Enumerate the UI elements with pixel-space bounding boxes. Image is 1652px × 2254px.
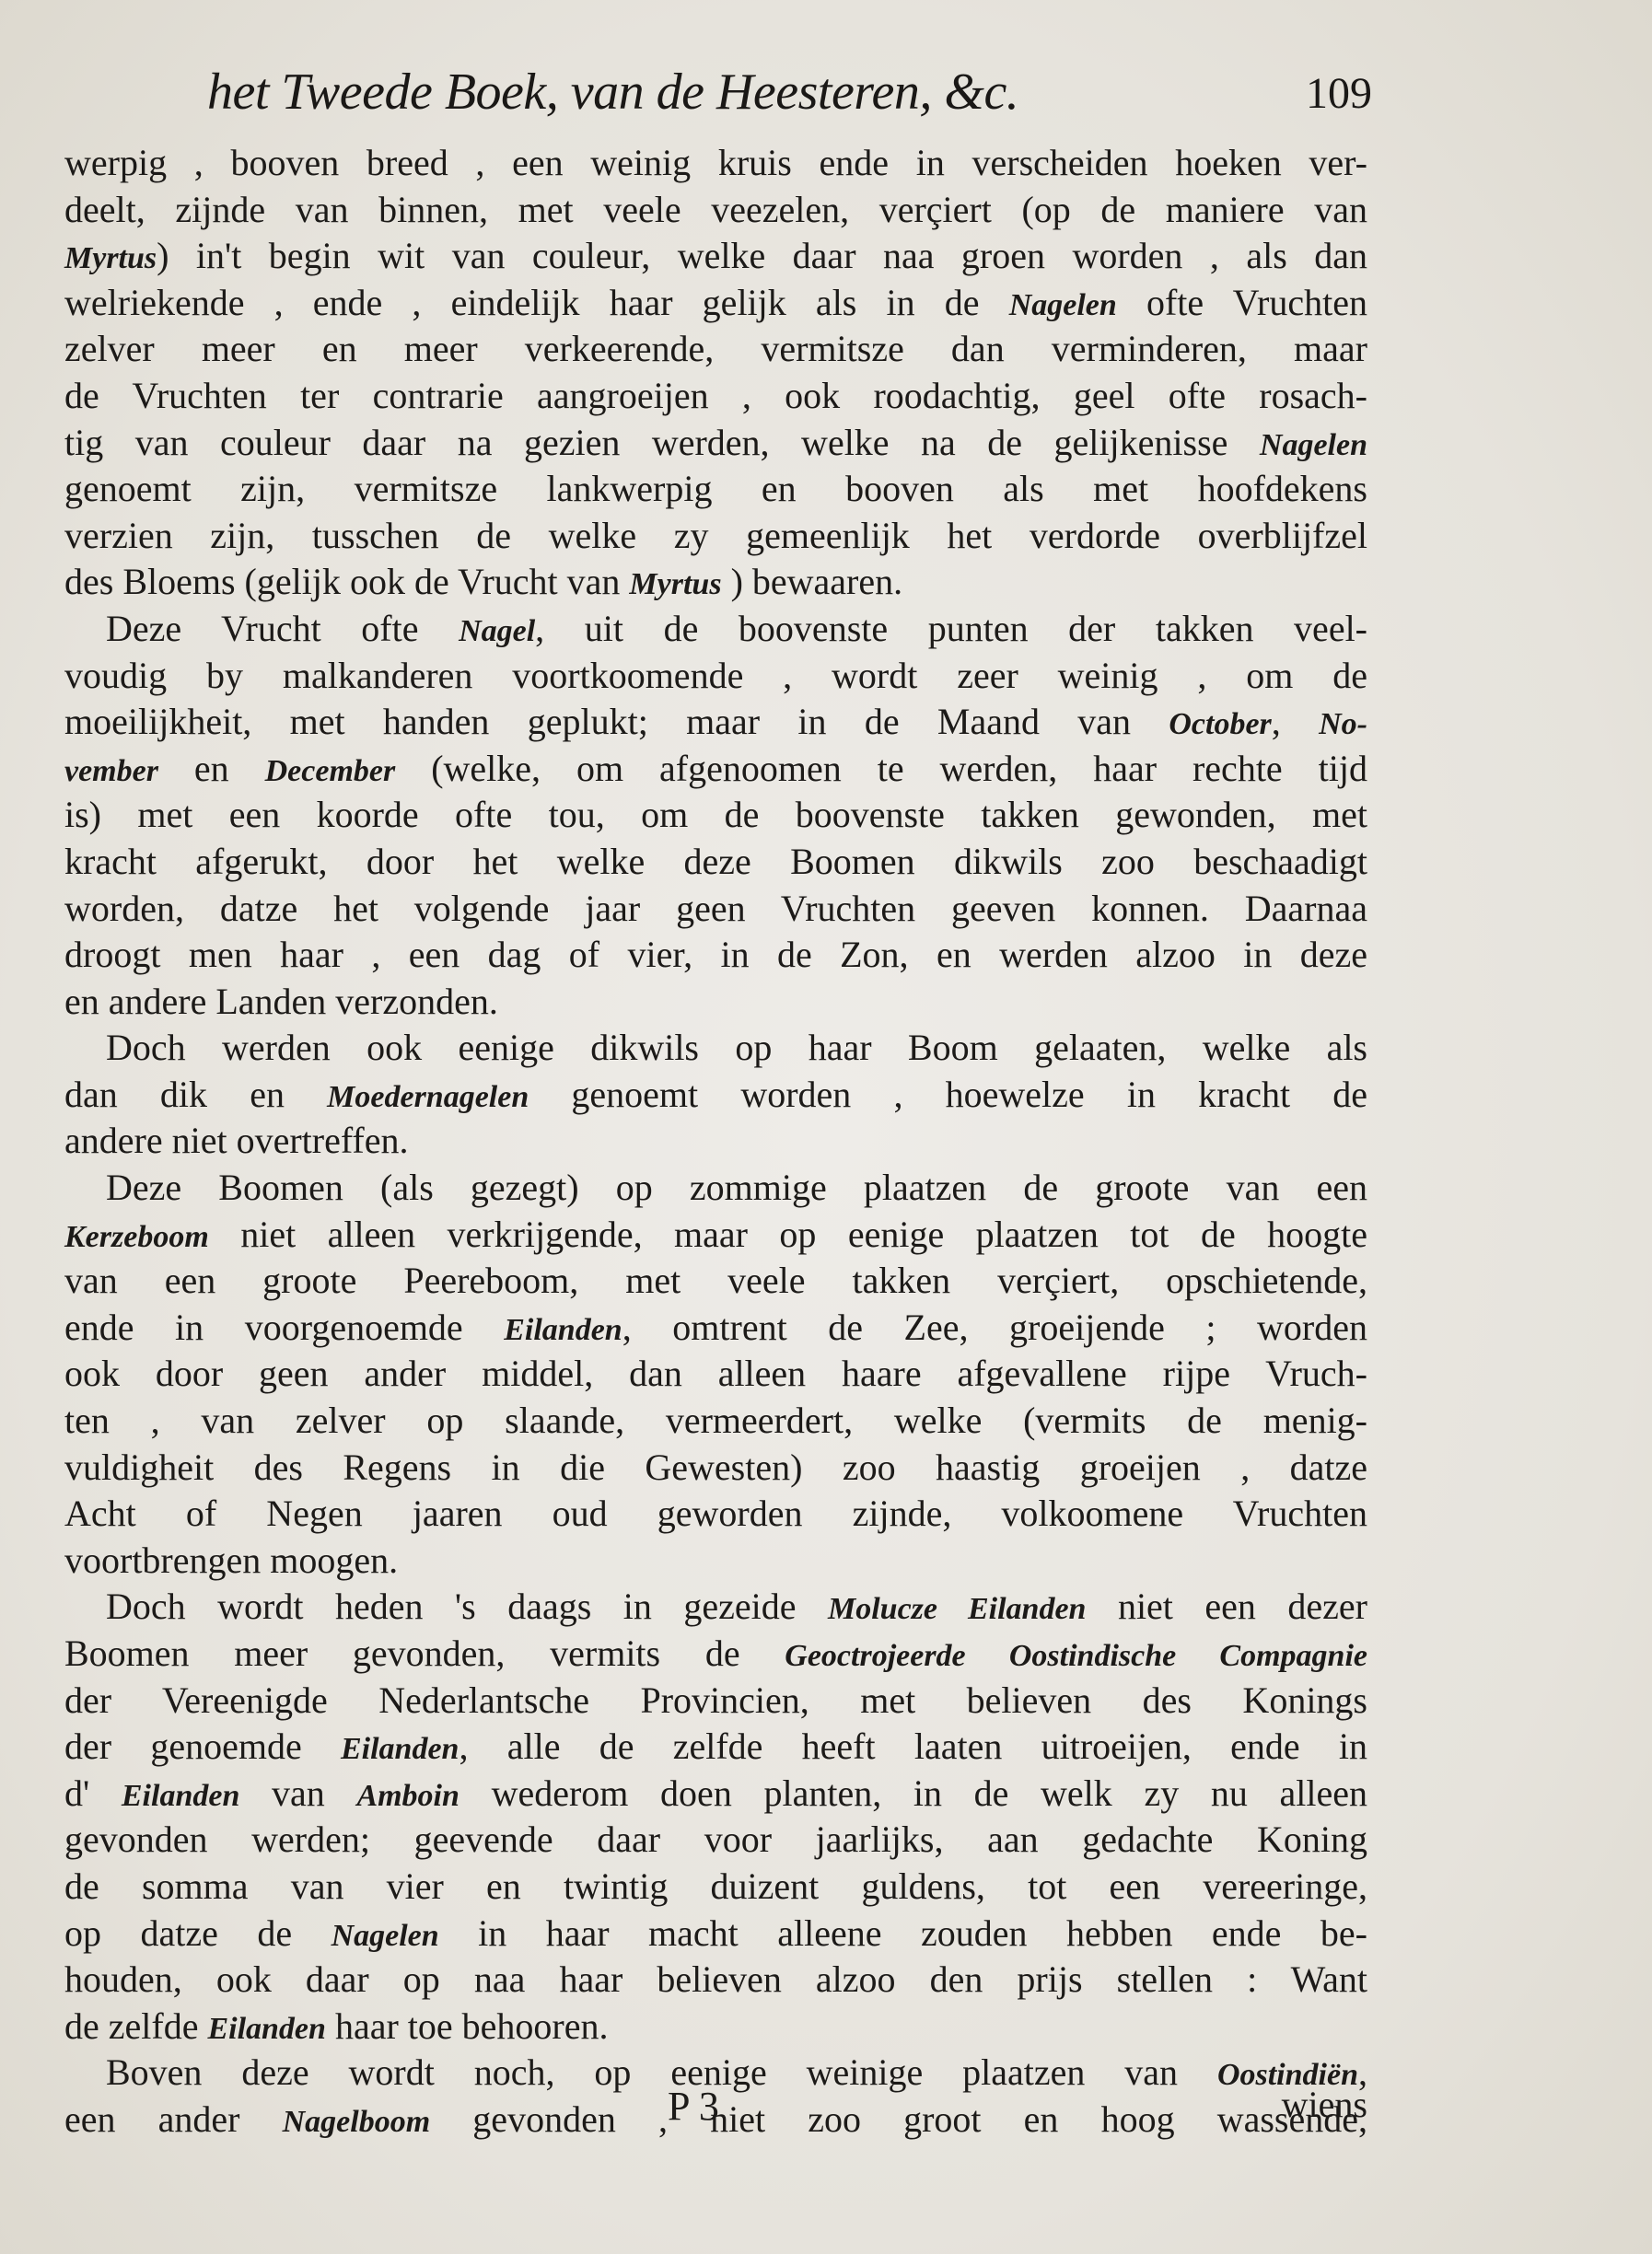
text-line: voortbrengen moogen. [64,1538,1367,1585]
text-line: ten , van zelver op slaande, vermeerdert… [64,1398,1367,1445]
italic-term: Eilanden [504,1313,622,1347]
text-run: wederom doen planten, in de welk zy nu a… [460,1772,1367,1814]
italic-term: Eilanden [341,1732,459,1766]
text-line: vember en December (welke, om afgenoomen… [64,746,1367,793]
text-line: der genoemde Eilanden, alle de zelfde he… [64,1724,1367,1771]
text-line: gevonden werden; geevende daar voor jaar… [64,1817,1367,1864]
text-line: de Vruchten ter contrarie aangroeijen , … [64,373,1367,420]
text-run: werpig , booven breed , een weinig kruis… [64,142,1367,183]
text-line: zelver meer en meer verkeerende, vermits… [64,326,1367,373]
text-run: Boomen meer gevonden, vermits de [64,1632,785,1674]
italic-term: Eilanden [207,2012,325,2046]
text-line: de zelfde Eilanden haar toe behooren. [64,2004,1367,2051]
italic-term: December [265,754,396,788]
text-line: Doch werden ook eenige dikwils op haar B… [64,1025,1367,1072]
text-line: welriekende , ende , eindelijk haar geli… [64,280,1367,327]
text-run: , [1272,701,1319,742]
text-line: voudig by malkanderen voortkoomende , wo… [64,653,1367,700]
text-line: der Vereenigde Nederlantsche Provincien,… [64,1678,1367,1725]
text-run: de Vruchten ter contrarie aangroeijen , … [64,375,1367,416]
italic-term: Nagel [459,614,535,648]
italic-term: Geoctrojeerde Oostindische Compagnie [785,1639,1367,1673]
text-run: ofte Vruchten [1117,282,1367,323]
text-run: tig van couleur daar na gezien werden, w… [64,422,1260,463]
text-line: Deze Boomen (als gezegt) op zommige plaa… [64,1165,1367,1212]
text-run: Deze Vrucht ofte [106,608,459,649]
text-line: tig van couleur daar na gezien werden, w… [64,420,1367,467]
text-run: der genoemde [64,1725,341,1767]
italic-term: No- [1319,707,1367,741]
text-run: andere niet overtreffen. [64,1120,409,1161]
text-line: verzien zijn, tusschen de welke zy gemee… [64,513,1367,560]
text-run: in haar macht alleene zouden hebben ende… [439,1912,1367,1954]
text-run: Acht of Negen jaaren oud geworden zijnde… [64,1493,1367,1534]
catchword: wiens [1282,2083,1367,2126]
text-line: en andere Landen verzonden. [64,979,1367,1026]
text-run: gevonden werden; geevende daar voor jaar… [64,1818,1367,1860]
italic-term: Eilanden [122,1779,239,1813]
text-run: (welke, om afgenoomen te werden, haar re… [395,748,1367,789]
text-line: is) met een koorde ofte tou, om de boove… [64,792,1367,839]
text-run: op datze de [64,1912,332,1954]
text-run: ) bewaaren. [722,561,903,602]
text-run: voortbrengen moogen. [64,1539,398,1581]
text-run: des Bloems (gelijk ook de Vrucht van [64,561,629,602]
text-run: verzien zijn, tusschen de welke zy gemee… [64,515,1367,556]
text-line: worden, datze het volgende jaar geen Vru… [64,886,1367,933]
text-line: Kerzeboom niet alleen verkrijgende, maar… [64,1212,1367,1259]
text-line: andere niet overtreffen. [64,1118,1367,1165]
text-run: welriekende , ende , eindelijk haar geli… [64,282,1009,323]
text-run: is) met een koorde ofte tou, om de boove… [64,794,1367,835]
text-run: dan dik en [64,1074,327,1115]
text-line: werpig , booven breed , een weinig kruis… [64,140,1367,187]
text-run: de somma van vier en twintig duizent gul… [64,1865,1367,1907]
text-run: ende in voorgenoemde [64,1307,504,1348]
text-line: Myrtus) in't begin wit van couleur, welk… [64,233,1367,280]
text-line: Deze Vrucht ofte Nagel, uit de boovenste… [64,606,1367,653]
text-run: houden, ook daar op naa haar believen al… [64,1958,1367,2000]
page-footer: P 3 wiens [64,2083,1367,2138]
text-run: niet een dezer [1086,1586,1367,1627]
italic-term: Myrtus [629,567,721,601]
text-line: vuldigheit des Regens in die Gewesten) z… [64,1445,1367,1492]
text-run: worden, datze het volgende jaar geen Vru… [64,888,1367,929]
body-text: werpig , booven breed , een weinig kruis… [64,140,1367,2144]
text-run: Doch werden ook eenige dikwils op haar B… [106,1027,1367,1068]
text-run: der Vereenigde Nederlantsche Provincien,… [64,1679,1367,1721]
text-run: Doch wordt heden 's daags in gezeide [106,1586,828,1627]
running-title: het Tweede Boek, van de Heesteren, &c. [207,63,1018,122]
text-run: , alle de zelfde heeft laaten uitroeijen… [459,1725,1367,1767]
text-line: ook door geen ander middel, dan alleen h… [64,1351,1367,1398]
text-run: en [158,748,265,789]
text-run: vuldigheit des Regens in die Gewesten) z… [64,1447,1367,1488]
text-line: houden, ook daar op naa haar believen al… [64,1957,1367,2004]
text-line: Acht of Negen jaaren oud geworden zijnde… [64,1491,1367,1538]
page-header: het Tweede Boek, van de Heesteren, &c. 1… [207,63,1372,127]
text-run: ) in't begin wit van couleur, welke daar… [157,235,1367,276]
text-run: Deze Boomen (als gezegt) op zommige plaa… [106,1167,1367,1208]
text-line: van een groote Peereboom, met veele takk… [64,1258,1367,1305]
italic-term: Kerzeboom [64,1220,209,1254]
text-run: genoemt worden , hoewelze in kracht de [529,1074,1367,1115]
italic-term: Myrtus [64,241,157,275]
text-line: genoemt zijn, vermitsze lankwerpig en bo… [64,466,1367,513]
text-run: deelt, zijnde van binnen, met veele veez… [64,189,1367,230]
text-line: d' Eilanden van Amboin wederom doen plan… [64,1771,1367,1818]
text-run: haar toe behooren. [326,2005,609,2047]
italic-term: Nagelen [332,1919,439,1953]
text-line: dan dik en Moedernagelen genoemt worden … [64,1072,1367,1119]
italic-term: Nagelen [1009,288,1117,322]
italic-term: Molucze Eilanden [828,1592,1086,1626]
italic-term: Moedernagelen [327,1080,529,1114]
text-run: van [239,1772,356,1814]
text-line: Doch wordt heden 's daags in gezeide Mol… [64,1584,1367,1631]
text-line: de somma van vier en twintig duizent gul… [64,1864,1367,1911]
signature-mark: P 3 [668,2083,719,2130]
text-line: des Bloems (gelijk ook de Vrucht van Myr… [64,559,1367,606]
text-line: moeilijkheit, met handen geplukt; maar i… [64,699,1367,746]
page-number: 109 [1306,68,1372,119]
text-run: droogt men haar , een dag of vier, in de… [64,934,1367,975]
text-run: niet alleen verkrijgende, maar op eenige… [209,1214,1367,1255]
text-run: zelver meer en meer verkeerende, vermits… [64,328,1367,369]
text-run: en andere Landen verzonden. [64,981,498,1022]
text-run: , omtrent de Zee, groeijende ; worden [622,1307,1367,1348]
text-run: genoemt zijn, vermitsze lankwerpig en bo… [64,468,1367,509]
text-line: op datze de Nagelen in haar macht alleen… [64,1911,1367,1958]
italic-term: Nagelen [1260,428,1367,462]
italic-term: October [1169,707,1271,741]
text-run: moeilijkheit, met handen geplukt; maar i… [64,701,1169,742]
text-run: de zelfde [64,2005,207,2047]
text-line: ende in voorgenoemde Eilanden, omtrent d… [64,1305,1367,1352]
italic-term: vember [64,754,158,788]
text-line: deelt, zijnde van binnen, met veele veez… [64,187,1367,234]
text-line: droogt men haar , een dag of vier, in de… [64,932,1367,979]
text-run: ook door geen ander middel, dan alleen h… [64,1353,1367,1394]
text-run: van een groote Peereboom, met veele takk… [64,1260,1367,1301]
text-run: ten , van zelver op slaande, vermeerdert… [64,1400,1367,1441]
text-line: kracht afgerukt, door het welke deze Boo… [64,839,1367,886]
text-run: voudig by malkanderen voortkoomende , wo… [64,655,1367,696]
italic-term: Amboin [356,1779,459,1813]
text-line: Boomen meer gevonden, vermits de Geoctro… [64,1631,1367,1678]
text-run: kracht afgerukt, door het welke deze Boo… [64,841,1367,882]
text-run: , uit de boovenste punten der takken vee… [535,608,1367,649]
text-run: d' [64,1772,122,1814]
